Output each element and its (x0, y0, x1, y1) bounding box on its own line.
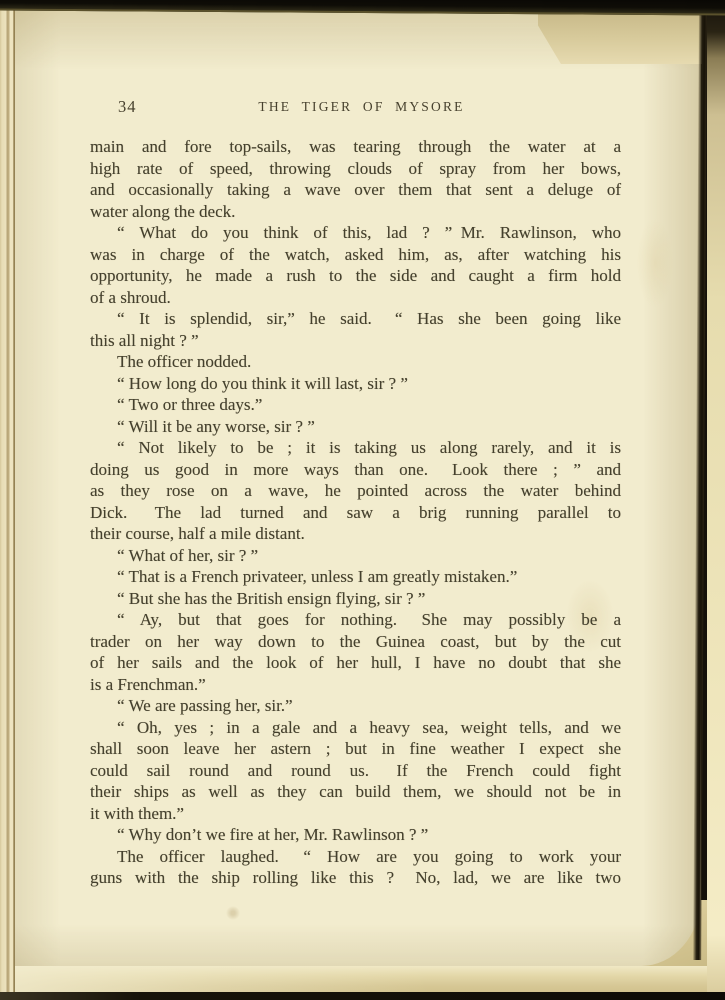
paragraph: “ Ay, but that goes for nothing. She may… (90, 609, 621, 695)
text-line: The officer nodded. (90, 351, 621, 373)
book-binding-left (0, 0, 15, 1000)
text-line: opportunity, he made a rush to the side … (90, 265, 621, 287)
paragraph: “ But she has the British ensign flying,… (90, 588, 621, 610)
text-line: “ It is splendid, sir,” he said. “ Has s… (90, 308, 621, 330)
paragraph: “ Two or three days.” (90, 394, 621, 416)
text-line: was in charge of the watch, asked him, a… (90, 244, 621, 266)
text-line: “ But she has the British ensign flying,… (90, 588, 621, 610)
paragraph: The officer nodded. (90, 351, 621, 373)
text-line: their course, half a mile distant. (90, 523, 621, 545)
running-title: THE TIGER OF MYSORE (90, 99, 621, 115)
text-line: “ We are passing her, sir.” (90, 695, 621, 717)
text-line: “ Ay, but that goes for nothing. She may… (90, 609, 621, 631)
paragraph: “ That is a French privateer, unless I a… (90, 566, 621, 588)
text-line: “ Not likely to be ; it is taking us alo… (90, 437, 621, 459)
text-line: their ships as well as they can build th… (90, 781, 621, 803)
text-line: of a shroud. (90, 287, 621, 309)
text-line: “ How long do you think it will last, si… (90, 373, 621, 395)
page-header: 34 THE TIGER OF MYSORE (90, 97, 621, 119)
paragraph: “ We are passing her, sir.” (90, 695, 621, 717)
paragraph: “ Why don’t we fire at her, Mr. Rawlinso… (90, 824, 621, 846)
text-line: shall soon leave her astern ; but in fin… (90, 738, 621, 760)
text-line: “ What of her, sir ? ” (90, 545, 621, 567)
paragraph: “ Will it be any worse, sir ? ” (90, 416, 621, 438)
text-line: doing us good in more ways than one. Loo… (90, 459, 621, 481)
paragraph: main and fore top-sails, was tearing thr… (90, 136, 621, 222)
text-line: Dick. The lad turned and saw a brig runn… (90, 502, 621, 524)
paragraph: The officer laughed. “ How are you going… (90, 846, 621, 889)
text-line: water along the deck. (90, 201, 621, 223)
text-line: The officer laughed. “ How are you going… (90, 846, 621, 868)
paragraph: “ It is splendid, sir,” he said. “ Has s… (90, 308, 621, 351)
paragraph: “ What of her, sir ? ” (90, 545, 621, 567)
text-line: it with them.” (90, 803, 621, 825)
paragraph: “ How long do you think it will last, si… (90, 373, 621, 395)
text-line: main and fore top-sails, was tearing thr… (90, 136, 621, 158)
text-line: could sail round and round us. If the Fr… (90, 760, 621, 782)
text-line: “ What do you think of this, lad ? ” Mr.… (90, 222, 621, 244)
page-edge-top-right (538, 9, 702, 64)
paragraph: “ Oh, yes ; in a gale and a heavy sea, w… (90, 717, 621, 825)
text-line: trader on her way down to the Guinea coa… (90, 631, 621, 653)
text-line: “ That is a French privateer, unless I a… (90, 566, 621, 588)
text-line: this all night ? ” (90, 330, 621, 352)
text-line: and occasionally taking a wave over them… (90, 179, 621, 201)
text-line: is a Frenchman.” (90, 674, 621, 696)
book-page: 34 THE TIGER OF MYSORE main and fore top… (15, 8, 701, 966)
text-line: high rate of speed, throwing clouds of s… (90, 158, 621, 180)
text-line: “ Oh, yes ; in a gale and a heavy sea, w… (90, 717, 621, 739)
text-line: guns with the ship rolling like this ? N… (90, 867, 621, 889)
text-line: “ Two or three days.” (90, 394, 621, 416)
text-line: as they rose on a wave, he pointed acros… (90, 480, 621, 502)
scanned-book-photo: { "page": { "number": "34", "header_titl… (0, 0, 725, 1000)
text-line: of her sails and the look of her hull, I… (90, 652, 621, 674)
paragraph: “ What do you think of this, lad ? ” Mr.… (90, 222, 621, 308)
text-line: “ Why don’t we fire at her, Mr. Rawlinso… (90, 824, 621, 846)
text-line: “ Will it be any worse, sir ? ” (90, 416, 621, 438)
paragraph: “ Not likely to be ; it is taking us alo… (90, 437, 621, 545)
scan-bottom-shadow (0, 992, 725, 1000)
page-edges-right (707, 0, 725, 996)
page-text: main and fore top-sails, was tearing thr… (90, 136, 621, 889)
